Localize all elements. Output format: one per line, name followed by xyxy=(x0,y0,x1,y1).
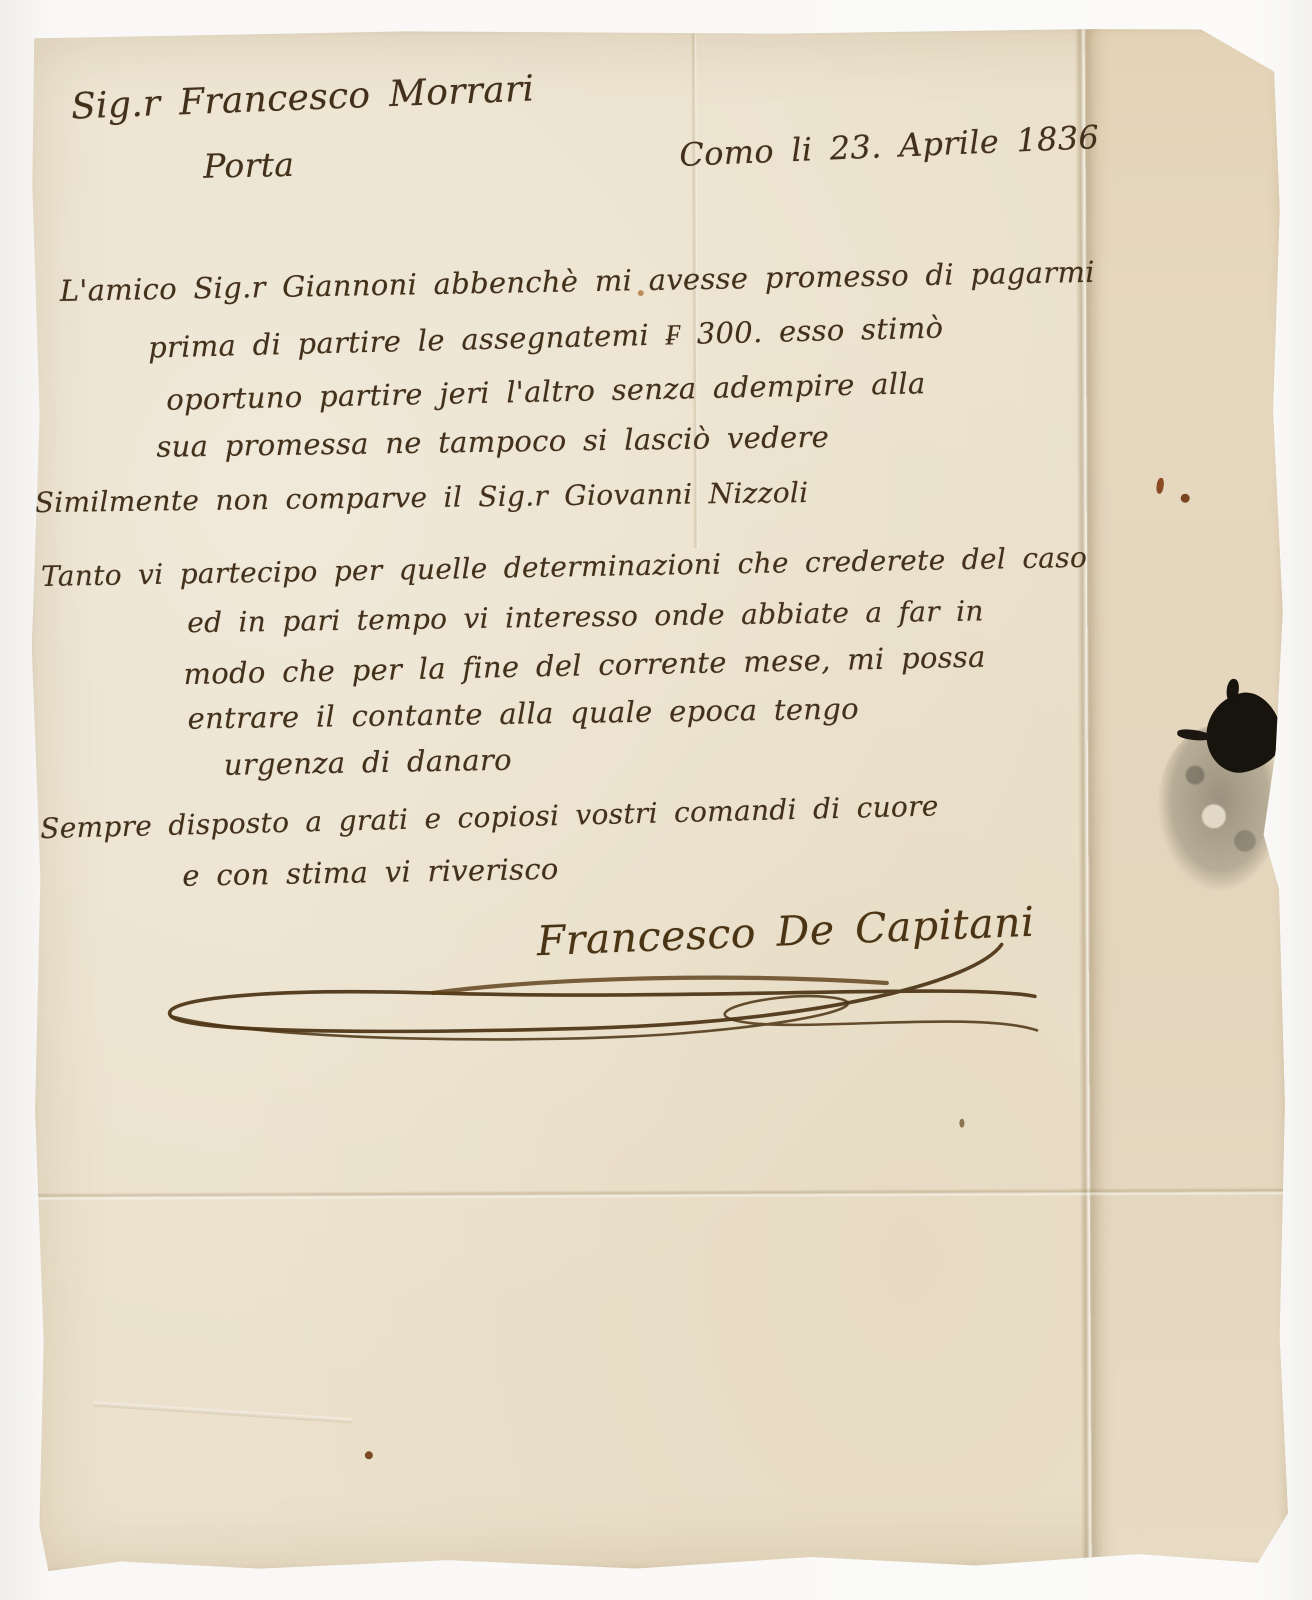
body-line: entrare il contante alla quale epoca ten… xyxy=(187,692,859,736)
recipient-place: Porta xyxy=(203,145,295,186)
closing-line: Sempre disposto a grati e copiosi vostri… xyxy=(40,789,939,845)
body-line: modo che per la fine del corrente mese, … xyxy=(183,640,986,691)
body-line: ed in pari tempo vi interesso onde abbia… xyxy=(187,594,984,639)
letter-scan: { "letter": { "recipient": { "name": "Si… xyxy=(0,0,1312,1600)
paper-speck xyxy=(365,1451,373,1459)
bottom-left-crease xyxy=(93,1401,353,1423)
paper-speck xyxy=(959,1119,964,1128)
dateline: Como li 23. Aprile 1836 xyxy=(679,118,1100,174)
paper-speck xyxy=(1181,494,1190,503)
paper-sheet: Sig.r Francesco Morrari Porta Como li 23… xyxy=(27,25,1290,1572)
closing-line: e con stima vi riverisco xyxy=(182,852,559,893)
body-line: Tanto vi partecipo per quelle determinaz… xyxy=(41,541,1088,593)
signature-flourish xyxy=(127,938,1058,1062)
body-line: oportuno partire jeri l'altro senza adem… xyxy=(166,366,926,417)
body-line: prima di partire le assegnatemi ₣ 300. e… xyxy=(148,310,944,365)
body-line: L'amico Sig.r Giannoni abbenchè mi avess… xyxy=(60,255,1096,308)
body-line: urgenza di danaro xyxy=(224,743,513,782)
body-line: sua promessa ne tampoco si lasciò vedere xyxy=(156,420,829,464)
recipient-name: Sig.r Francesco Morrari xyxy=(70,68,535,127)
